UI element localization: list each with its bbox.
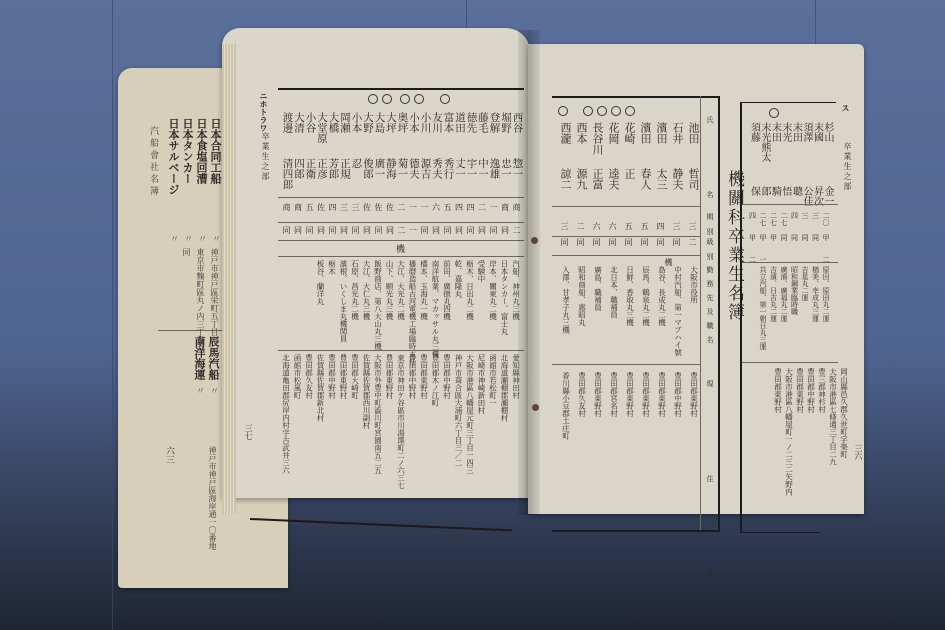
employment-entry: 共立汽船、第一朝日丸三運 [759, 266, 766, 350]
address-entry: 豊田郡中野村 [674, 372, 682, 417]
employment-entry: 昭和商船、惠昭丸 [578, 266, 586, 326]
period-cell: 三 [672, 222, 680, 230]
address-entry: 豊田郡東野村 [658, 372, 666, 417]
name-surname: 花崎 [624, 122, 635, 144]
rule-line [742, 362, 838, 363]
address-entry: 豊田郡中野村 [807, 368, 815, 413]
name-surname: 石井 [672, 122, 683, 144]
address-entry: 大阪市港區八幡屋町一ノ二三二矢野内 [785, 368, 793, 496]
employment-entry: 入澤、甘孝子丸三機 [562, 266, 570, 334]
rule-line [552, 206, 700, 207]
rule-line [552, 530, 720, 532]
class-cell: 同 [791, 234, 798, 241]
name-surname: 須藤 [749, 122, 759, 142]
circle-mark-icon [597, 106, 607, 116]
header-employment: 勤務先及職名 [706, 266, 713, 350]
class-cell: 同 [672, 238, 680, 246]
class-cell: 同 [640, 238, 648, 246]
header-class: 級 別 [706, 238, 713, 260]
rule-line [742, 262, 838, 263]
rule-line [742, 204, 838, 205]
period-cell: 五 [624, 222, 632, 230]
name-given: 正富 [592, 168, 603, 190]
name-surname: 西本 [576, 122, 587, 144]
employment-entry: 吉濱、日吉丸二運 [770, 266, 777, 322]
name-surname: 池田 [688, 122, 699, 144]
class-cell: 甲 [749, 234, 756, 241]
employment-entry: 中村汽船、第一マブハイ號 [674, 266, 682, 356]
right-page-content: 池田哲司石井静夫濱田太三濱田春人花崎正花岡逵夫長谷川正富西本源九西瀧諒二三三四五… [0, 0, 945, 630]
section-title: 機 [664, 258, 672, 266]
name-surname: 末田 [770, 122, 780, 142]
period-cell: 二〇 [822, 212, 829, 226]
class-cell: 同 [560, 238, 568, 246]
period-cell: 四 [791, 212, 798, 219]
rule-line [718, 96, 720, 530]
name-given: 源九 [576, 168, 587, 190]
address-entry: 豊田郡東野村 [594, 372, 602, 417]
section-label: 卒業生之部 [843, 142, 851, 192]
period-cell: 三 [812, 212, 819, 219]
class-cell: 同 [624, 238, 632, 246]
name-given: 悟 [780, 186, 790, 196]
name-surname: 西瀧 [560, 122, 571, 144]
name-given: 金一 [822, 186, 832, 206]
employment-entry: 辰馬、鶴泉丸二機 [642, 266, 650, 326]
name-surname: 濱田 [640, 122, 651, 144]
employment-entry: 廣濱、廣福丸二運 [780, 266, 787, 322]
address-entry: 大阪市港區七條通三丁目二九 [829, 368, 837, 466]
period-cell: 二 [576, 222, 584, 230]
name-surname: 末田 [791, 122, 801, 142]
address-entry: 豊田郡東野村 [626, 372, 634, 417]
period-cell: 六 [592, 222, 600, 230]
rule-line [552, 364, 700, 365]
name-given: 正 [624, 168, 635, 179]
name-surname: 須澤 [801, 122, 811, 142]
period-cell: 二七 [770, 212, 777, 226]
name-given: 保 [749, 186, 759, 196]
header-name: 氏 名 [706, 116, 713, 228]
employment-entry: 日鮮、香取丸三機 [626, 266, 634, 326]
circle-mark-icon [558, 106, 568, 116]
employment-entry: 楢美、幸成丸三運 [812, 266, 819, 322]
period-cell: 四 [749, 212, 756, 219]
period-cell: 三 [688, 222, 696, 230]
name-surname: 末光熊太 [759, 122, 769, 162]
rule-line [552, 96, 720, 98]
class-cell: 同 [780, 234, 787, 241]
rule-line [552, 255, 700, 256]
name-surname: 濱田 [656, 122, 667, 144]
name-given: 諒二 [560, 168, 571, 190]
employment-entry: 廣島、職補員 [594, 266, 602, 311]
class-cell: 甲 [770, 234, 777, 241]
class-cell: 甲 [759, 234, 766, 241]
class-cell: 二 [688, 238, 696, 246]
name-surname: 末光 [780, 122, 790, 142]
class-cell: 甲 [822, 234, 829, 241]
class-cell: 同 [812, 234, 819, 241]
header-address: 現 住 所 [706, 380, 713, 617]
employment-entry: 吉星丸二運 [801, 266, 808, 301]
address-entry: 豊田郡久友村 [578, 372, 586, 417]
address-entry: 豊田郡東野村 [642, 372, 650, 417]
circle-mark-icon [769, 108, 779, 118]
address-entry: 豊三郡神杉村 [818, 368, 826, 413]
employment-entry: 北日本、職補員 [610, 266, 618, 319]
period-cell: 五 [640, 222, 648, 230]
address-entry: 豊田郡東野村 [774, 368, 782, 413]
name-given: 聰 [791, 186, 801, 196]
rule-line [740, 102, 836, 103]
period-cell: 四 [656, 222, 664, 230]
employment-entry: 原田、原田丸二運 [822, 266, 829, 322]
period-cell: 二七 [780, 212, 787, 226]
name-given: 公佳 [801, 186, 811, 206]
name-surname: 花岡 [608, 122, 619, 144]
name-given: 太三 [656, 168, 667, 190]
name-given: 哲司 [688, 168, 699, 190]
period-cell: 三 [560, 222, 568, 230]
name-given: 郎 [759, 186, 769, 196]
name-given: 昇次 [812, 186, 822, 206]
class-cell: 同 [592, 238, 600, 246]
rule-line [552, 236, 700, 237]
name-given: 騎 [770, 186, 780, 196]
name-surname: 長谷川 [592, 122, 603, 155]
employment-entry: 昭和鋼業臨時職 [791, 266, 798, 315]
address-entry: 豊田郡東野村 [796, 368, 804, 413]
address-entry: 香川縣小豆郡土庄町 [562, 372, 570, 440]
rule-line [740, 532, 820, 533]
page-number: 三六 [854, 444, 862, 460]
name-surname: 末國 [812, 122, 822, 142]
employment-entry: 大阪市役所 [690, 266, 698, 304]
circle-mark-icon [611, 106, 621, 116]
name-given: 春人 [640, 168, 651, 190]
address-entry: 岡山縣邑久郡久世町字楽町 [840, 368, 848, 458]
rule-line [740, 102, 742, 532]
circle-mark-icon [583, 106, 593, 116]
name-given: 逵夫 [608, 168, 619, 190]
period-cell: 六 [608, 222, 616, 230]
name-surname: 杉山 [822, 122, 832, 142]
class-cell: 同 [576, 238, 584, 246]
name-given: 静夫 [672, 168, 683, 190]
class-cell: 同 [656, 238, 664, 246]
class-cell: 同 [608, 238, 616, 246]
employment-entry: 島谷、長成丸二機 [658, 266, 666, 326]
address-entry: 豊田郡宮名村 [610, 372, 618, 417]
header-period: 期 別 [706, 213, 713, 235]
class-cell: 同 [801, 234, 808, 241]
address-entry: 豊田郡東野村 [690, 372, 698, 417]
period-cell: 二七 [759, 212, 766, 226]
circle-mark-icon [625, 106, 635, 116]
running-head: ス [842, 104, 850, 112]
period-cell: 三 [801, 212, 808, 219]
rule-line [700, 96, 701, 530]
